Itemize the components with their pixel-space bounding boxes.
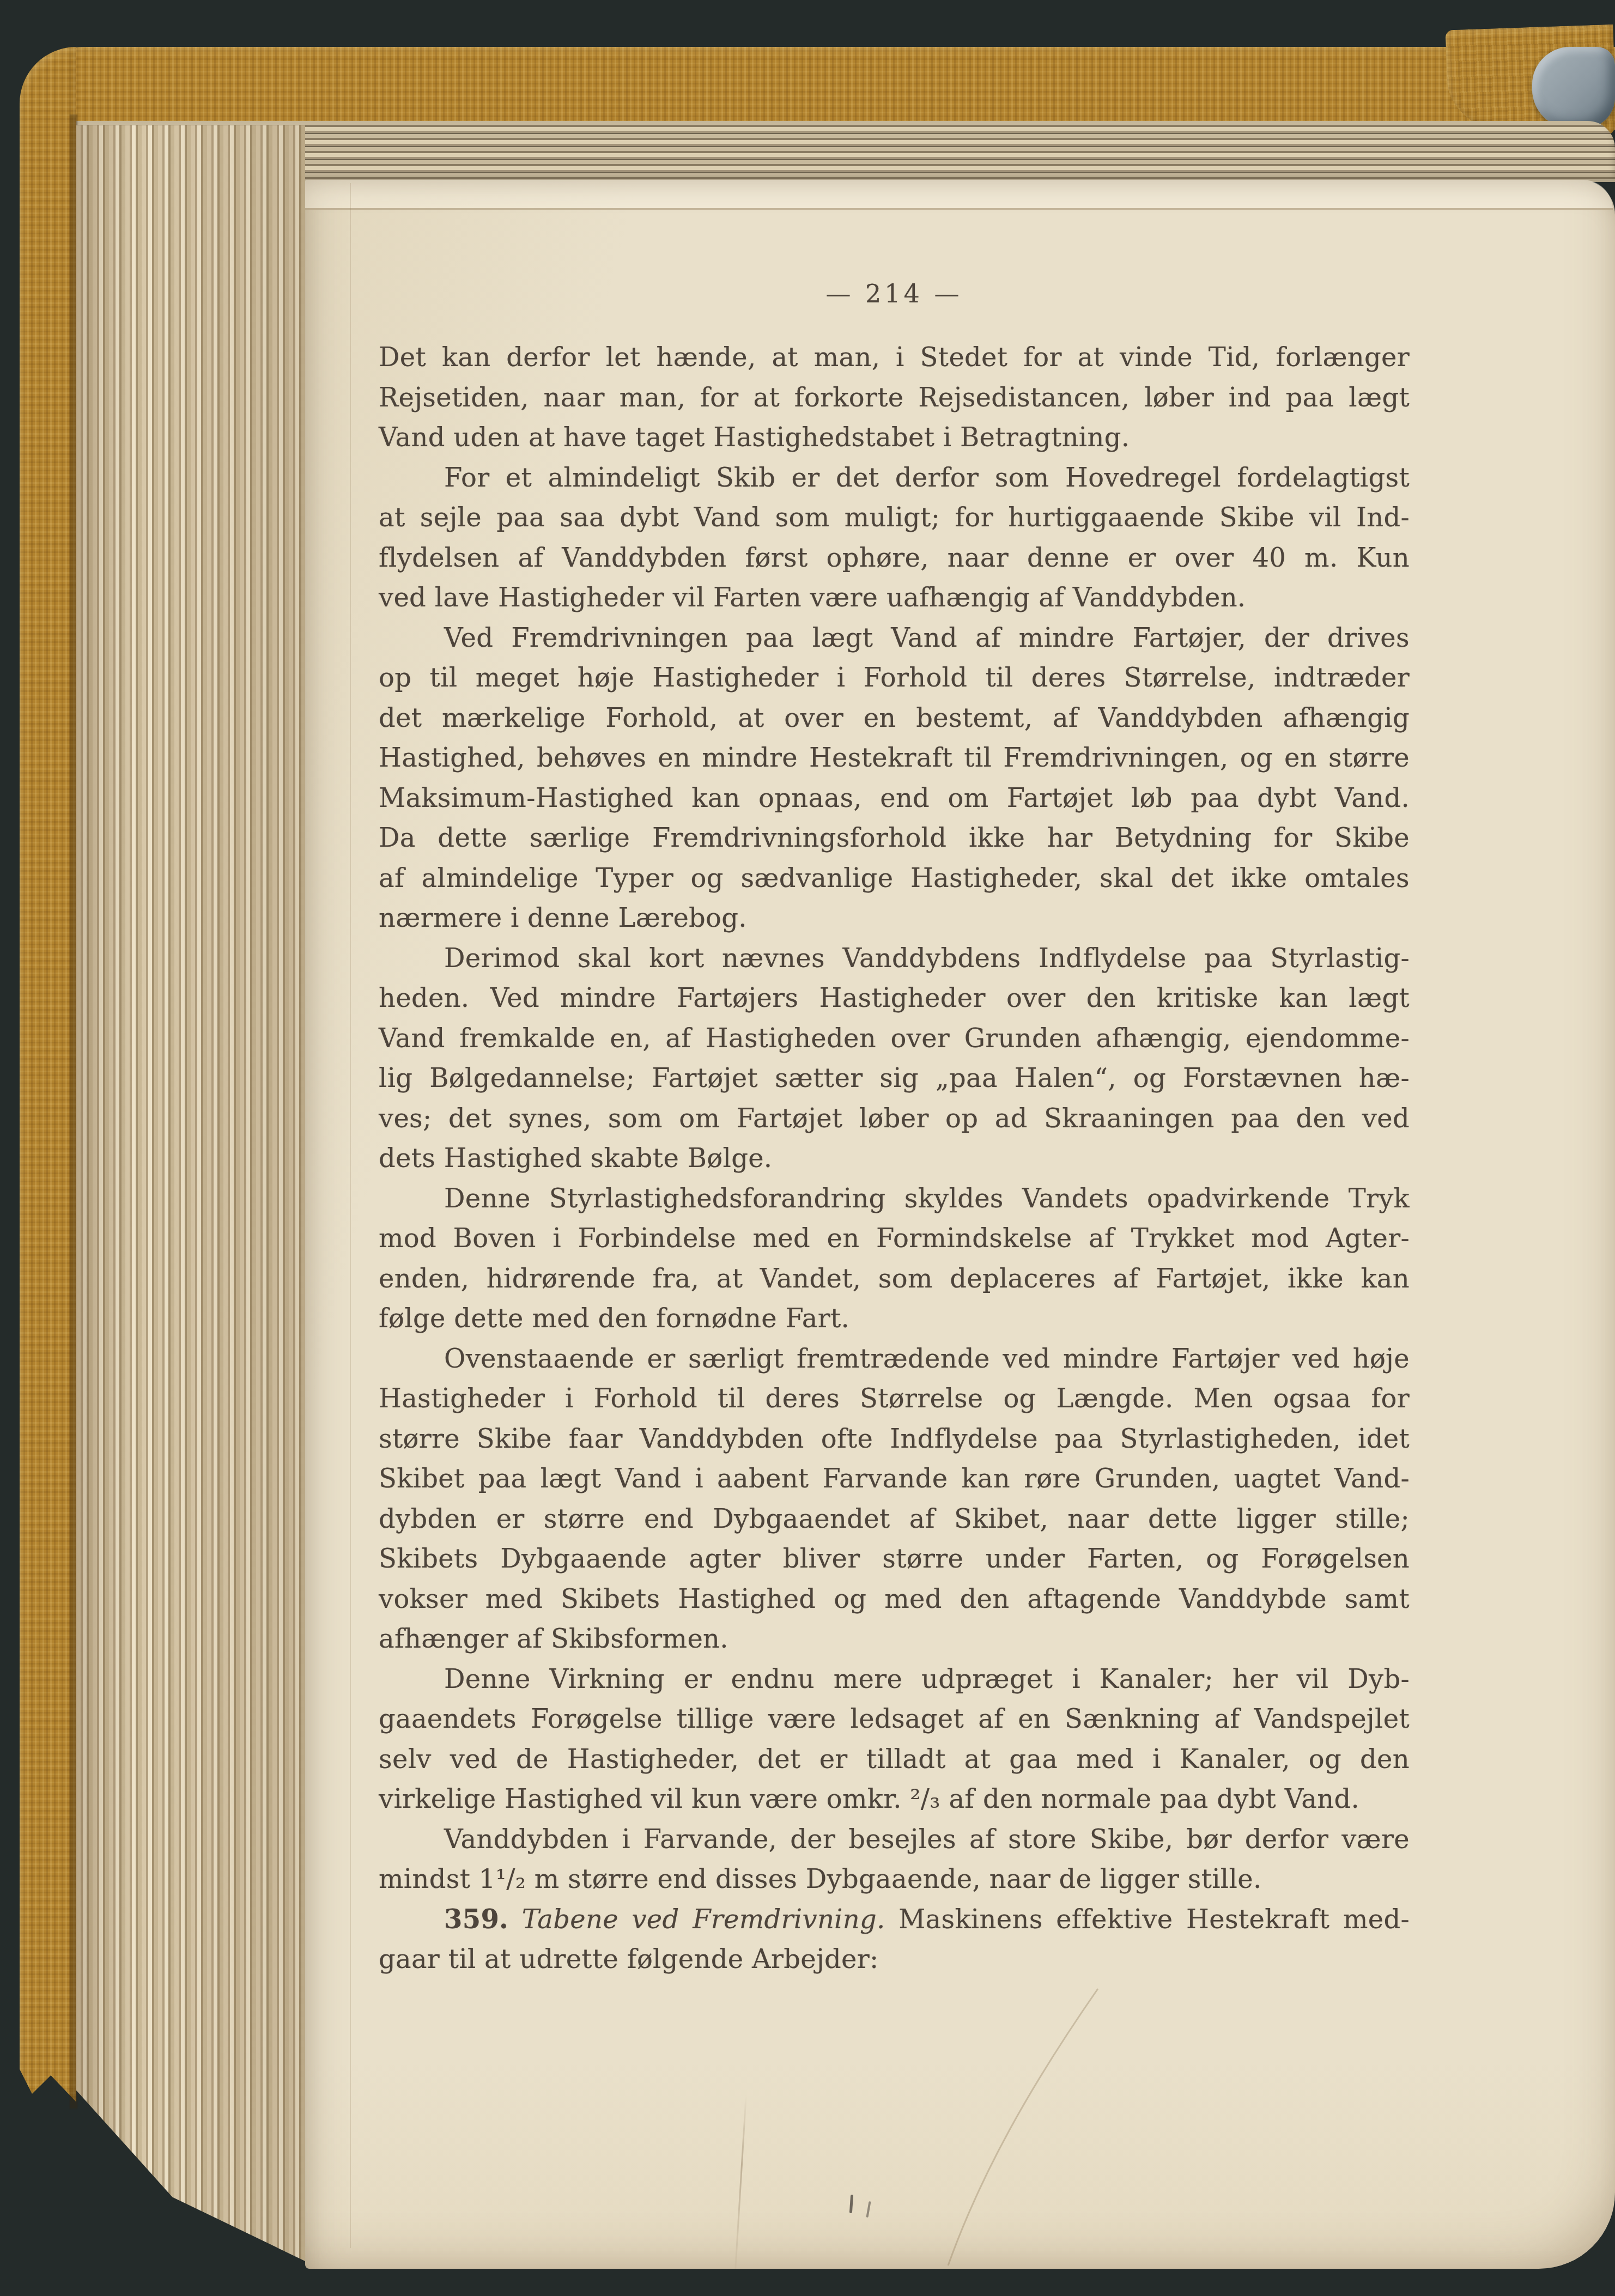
- book-scan: — 214 — Det kan derfor let hænde, at man…: [0, 0, 1615, 2296]
- text-segment: Skibet paa lægt Vand i aabent Farvande k…: [379, 1463, 1410, 1494]
- text-segment: selv ved de Hastigheder, det er tilladt …: [379, 1744, 1410, 1775]
- text-segment: dybden er større end Dybgaaendet af Skib…: [379, 1504, 1410, 1534]
- text-line: virkelige Hastighed vil kun være omkr. ²…: [379, 1779, 1410, 1820]
- text-line: Derimod skal kort nævnes Vanddybdens Ind…: [379, 939, 1410, 979]
- paragraph: Vanddybden i Farvande, der besejles af s…: [379, 1820, 1410, 1900]
- text-segment: større Skibe faar Vanddybden ofte Indfly…: [379, 1424, 1410, 1454]
- text-line: gaaendets Forøgelse tillige være ledsage…: [379, 1699, 1410, 1740]
- page-edges-left: [76, 125, 305, 2261]
- text-segment: Derimod skal kort nævnes Vanddybdens Ind…: [444, 943, 1410, 974]
- paragraph: Derimod skal kort nævnes Vanddybdens Ind…: [379, 939, 1410, 1179]
- paragraph: Denne Styrlastighedsforandring skyldes V…: [379, 1179, 1410, 1339]
- text-line: 359. Tabene ved Fremdrivning. Maskinens …: [379, 1900, 1410, 1940]
- text-line: Vanddybden i Farvande, der besejles af s…: [379, 1820, 1410, 1860]
- text-segment: gaar til at udrette følgende Arbejder:: [379, 1944, 879, 1975]
- text-line: Det kan derfor let hænde, at man, i Sted…: [379, 338, 1410, 378]
- inner-page-edge-line: [350, 183, 351, 2248]
- text-line: mod Boven i Forbindelse med en Formindsk…: [379, 1219, 1410, 1259]
- worn-corner-patch: [1532, 47, 1615, 129]
- text-line: dets Hastighed skabte Bølge.: [379, 1139, 1410, 1179]
- text-line: af almindelige Typer og sædvanlige Hasti…: [379, 859, 1410, 899]
- text-segment: Vand uden at have taget Hastighedstabet …: [379, 422, 1130, 453]
- text-line: Denne Styrlastighedsforandring skyldes V…: [379, 1179, 1410, 1219]
- text-line: Hastigheder i Forhold til deres Størrels…: [379, 1379, 1410, 1419]
- text-segment: Denne Styrlastighedsforandring skyldes V…: [444, 1183, 1410, 1214]
- text-segment: Skibets Dybgaaende agter bliver større u…: [379, 1544, 1410, 1574]
- book-cover-spine-edge: [20, 47, 76, 2102]
- text-line: Ovenstaaende er særligt fremtrædende ved…: [379, 1339, 1410, 1380]
- book-cover-top-edge: [20, 47, 1615, 130]
- text-segment: Rejsetiden, naar man, for at forkorte Re…: [379, 382, 1410, 413]
- text-line: Ved Fremdrivningen paa lægt Vand af mind…: [379, 618, 1410, 659]
- paragraph: 359. Tabene ved Fremdrivning. Maskinens …: [379, 1900, 1410, 1980]
- text-segment: at sejle paa saa dybt Vand som muligt; f…: [379, 502, 1410, 533]
- text-line: enden, hidrørende fra, at Vandet, som de…: [379, 1259, 1410, 1299]
- text-segment: [508, 1904, 522, 1935]
- text-line: Maksimum-Hastighed kan opnaas, end om Fa…: [379, 779, 1410, 819]
- text-segment: Hastighed, behøves en mindre Hestekraft …: [379, 743, 1410, 773]
- text-segment: afhænger af Skibsformen.: [379, 1624, 728, 1654]
- text-segment: lig Bølgedannelse; Fartøjet sætter sig „…: [379, 1063, 1410, 1094]
- text-segment: Denne Virkning er endnu mere udpræget i …: [444, 1664, 1410, 1694]
- text-line: lig Bølgedannelse; Fartøjet sætter sig „…: [379, 1059, 1410, 1099]
- text-line: større Skibe faar Vanddybden ofte Indfly…: [379, 1419, 1410, 1460]
- text-segment: dets Hastighed skabte Bølge.: [379, 1143, 772, 1174]
- underlying-page-edge: [305, 180, 1613, 210]
- text-segment: enden, hidrørende fra, at Vandet, som de…: [379, 1264, 1410, 1294]
- text-line: selv ved de Hastigheder, det er tilladt …: [379, 1740, 1410, 1780]
- text-segment: Ved Fremdrivningen paa lægt Vand af mind…: [444, 623, 1410, 653]
- text-line: ves; det synes, som om Fartøjet løber op…: [379, 1099, 1410, 1139]
- text-line: For et almindeligt Skib er det derfor so…: [379, 458, 1410, 499]
- text-line: Skibets Dybgaaende agter bliver større u…: [379, 1539, 1410, 1580]
- text-line: Rejsetiden, naar man, for at forkorte Re…: [379, 378, 1410, 418]
- text-line: afhænger af Skibsformen.: [379, 1619, 1410, 1660]
- text-segment: op til meget høje Hastigheder i Forhold …: [379, 663, 1410, 693]
- paragraph: Det kan derfor let hænde, at man, i Sted…: [379, 338, 1410, 458]
- text-segment: flydelsen af Vanddybden først ophøre, na…: [379, 543, 1410, 573]
- text-segment: ved lave Hastigheder vil Farten være uaf…: [379, 582, 1246, 613]
- text-segment: heden. Ved mindre Fartøjers Hastigheder …: [379, 983, 1410, 1013]
- text-segment: af almindelige Typer og sædvanlige Hasti…: [379, 863, 1410, 894]
- text-line: vokser med Skibets Hastighed og med den …: [379, 1580, 1410, 1620]
- text-segment: følge dette med den fornødne Fart.: [379, 1303, 849, 1334]
- text-block: Det kan derfor let hænde, at man, i Sted…: [379, 338, 1410, 1980]
- text-segment: Tabene ved Fremdrivning.: [522, 1904, 885, 1935]
- text-segment: Ovenstaaende er særligt fremtrædende ved…: [444, 1344, 1410, 1374]
- text-segment: virkelige Hastighed vil kun være omkr. ²…: [379, 1784, 1359, 1814]
- text-line: Vand fremkalde en, af Hastigheden over G…: [379, 1019, 1410, 1059]
- text-segment: Det kan derfor let hænde, at man, i Sted…: [379, 342, 1410, 373]
- text-line: ved lave Hastigheder vil Farten være uaf…: [379, 578, 1410, 618]
- text-line: mindst 1¹/₂ m større end disses Dybgaaen…: [379, 1860, 1410, 1900]
- text-segment: mindst 1¹/₂ m større end disses Dybgaaen…: [379, 1864, 1261, 1894]
- text-segment: Hastigheder i Forhold til deres Størrels…: [379, 1383, 1410, 1414]
- text-segment: Maksimum-Hastighed kan opnaas, end om Fa…: [379, 783, 1410, 813]
- text-line: det mærkelige Forhold, at over en bestem…: [379, 698, 1410, 739]
- text-line: Hastighed, behøves en mindre Hestekraft …: [379, 738, 1410, 779]
- page-edges-top: [76, 121, 1615, 182]
- paragraph: Ovenstaaende er særligt fremtrædende ved…: [379, 1339, 1410, 1660]
- text-line: op til meget høje Hastigheder i Forhold …: [379, 658, 1410, 698]
- text-segment: Vanddybden i Farvande, der besejles af s…: [444, 1824, 1410, 1855]
- text-segment: Da dette særlige Fremdrivningsforhold ik…: [379, 823, 1410, 853]
- text-segment: det mærkelige Forhold, at over en bestem…: [379, 703, 1410, 733]
- paragraph: For et almindeligt Skib er det derfor so…: [379, 458, 1410, 618]
- text-line: Skibet paa lægt Vand i aabent Farvande k…: [379, 1459, 1410, 1499]
- paragraph: Ved Fremdrivningen paa lægt Vand af mind…: [379, 618, 1410, 939]
- text-segment: ves; det synes, som om Fartøjet løber op…: [379, 1103, 1410, 1134]
- text-line: følge dette med den fornødne Fart.: [379, 1299, 1410, 1339]
- text-line: Vand uden at have taget Hastighedstabet …: [379, 418, 1410, 458]
- text-line: gaar til at udrette følgende Arbejder:: [379, 1940, 1410, 1980]
- paragraph: Denne Virkning er endnu mere udpræget i …: [379, 1660, 1410, 1820]
- text-line: flydelsen af Vanddybden først ophøre, na…: [379, 538, 1410, 579]
- text-segment: nærmere i denne Lærebog.: [379, 903, 747, 933]
- text-line: nærmere i denne Lærebog.: [379, 898, 1410, 939]
- text-segment: For et almindeligt Skib er det derfor so…: [444, 463, 1410, 493]
- text-line: dybden er større end Dybgaaendet af Skib…: [379, 1499, 1410, 1540]
- text-line: heden. Ved mindre Fartøjers Hastigheder …: [379, 979, 1410, 1019]
- text-segment: vokser med Skibets Hastighed og med den …: [379, 1584, 1410, 1614]
- text-line: Denne Virkning er endnu mere udpræget i …: [379, 1660, 1410, 1700]
- text-line: Da dette særlige Fremdrivningsforhold ik…: [379, 818, 1410, 859]
- text-segment: mod Boven i Forbindelse med en Formindsk…: [379, 1223, 1410, 1254]
- text-segment: 359.: [444, 1904, 508, 1935]
- text-segment: Maskinens effektive Hestekraft med-: [885, 1904, 1410, 1935]
- text-segment: gaaendets Forøgelse tillige være ledsage…: [379, 1704, 1410, 1734]
- page-number: — 214 —: [379, 279, 1410, 308]
- cover-page-seam: [70, 114, 77, 2109]
- text-line: at sejle paa saa dybt Vand som muligt; f…: [379, 498, 1410, 538]
- text-segment: Vand fremkalde en, af Hastigheden over G…: [379, 1023, 1410, 1054]
